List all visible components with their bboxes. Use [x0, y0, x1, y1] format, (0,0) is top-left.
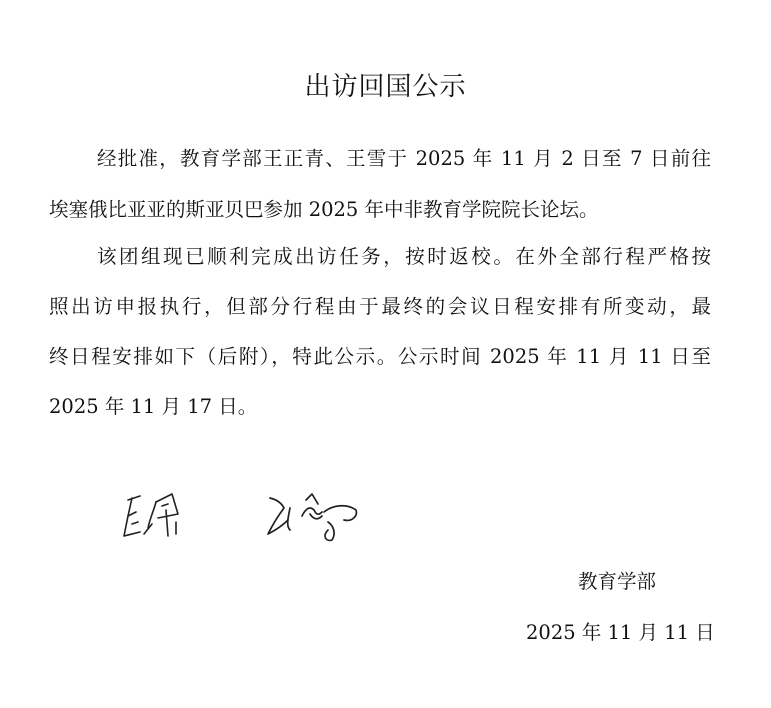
text-line: 该团组现已顺利完成出访任务，按时返校。在外全部行程严格按	[49, 245, 711, 269]
text-line: 照出访申报执行，但部分行程由于最终的会议日程安排有所变动，最	[49, 295, 711, 319]
text-line: 埃塞俄比亚亚的斯亚贝巴参加 2025 年中非教育学院院长论坛。	[49, 198, 711, 222]
text-line: 经批准，教育学部王正青、王雪于 2025 年 11 月 2 日至 7 日前往	[49, 147, 711, 171]
text-line: 终日程安排如下（后附），特此公示。公示时间 2025 年 11 月 11 日至	[49, 345, 711, 369]
signature-wang-xue	[260, 486, 370, 551]
issuing-department: 教育学部	[578, 566, 656, 594]
document-title: 出访回国公示	[0, 66, 771, 103]
signature-wang-zhengqing	[118, 488, 188, 548]
text-line: 2025 年 11 月 17 日。	[49, 395, 711, 419]
issue-date: 2025 年 11 月 11 日	[526, 617, 715, 645]
